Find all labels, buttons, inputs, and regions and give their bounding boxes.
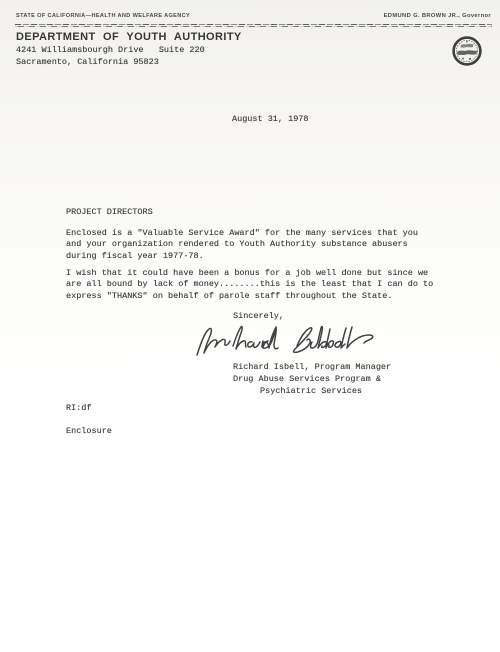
handwritten-signature: [194, 320, 384, 362]
letterhead-topline: STATE OF CALIFORNIA—HEALTH AND WELFARE A…: [16, 13, 491, 19]
header-rule: [15, 24, 492, 27]
body-paragraph-2: I wish that it could have been a bonus f…: [66, 268, 433, 302]
letter-date: August 31, 1978: [232, 114, 309, 124]
body-paragraph-1: Enclosed is a "Valuable Service Award" f…: [66, 228, 418, 262]
department-title: DEPARTMENT OF YOUTH AUTHORITY: [16, 31, 242, 43]
signer-program-line: Drug Abuse Services Program &: [233, 374, 381, 384]
reference-initials: RI:df: [66, 403, 92, 413]
agency-line: STATE OF CALIFORNIA—HEALTH AND WELFARE A…: [16, 13, 190, 19]
address-line-1: 4241 Williamsbourgh Drive Suite 220: [16, 45, 205, 55]
governor-line: EDMUND G. BROWN JR., Governor: [384, 13, 491, 19]
scanned-letter-page: STATE OF CALIFORNIA—HEALTH AND WELFARE A…: [0, 0, 500, 652]
signer-services-line: Psychiatric Services: [260, 386, 362, 396]
salutation: PROJECT DIRECTORS: [66, 207, 153, 217]
enclosure-note: Enclosure: [66, 426, 112, 436]
signer-name-title: Richard Isbell, Program Manager: [233, 362, 391, 372]
address-line-2: Sacramento, California 95823: [16, 57, 159, 67]
state-seal-icon: [451, 35, 483, 67]
